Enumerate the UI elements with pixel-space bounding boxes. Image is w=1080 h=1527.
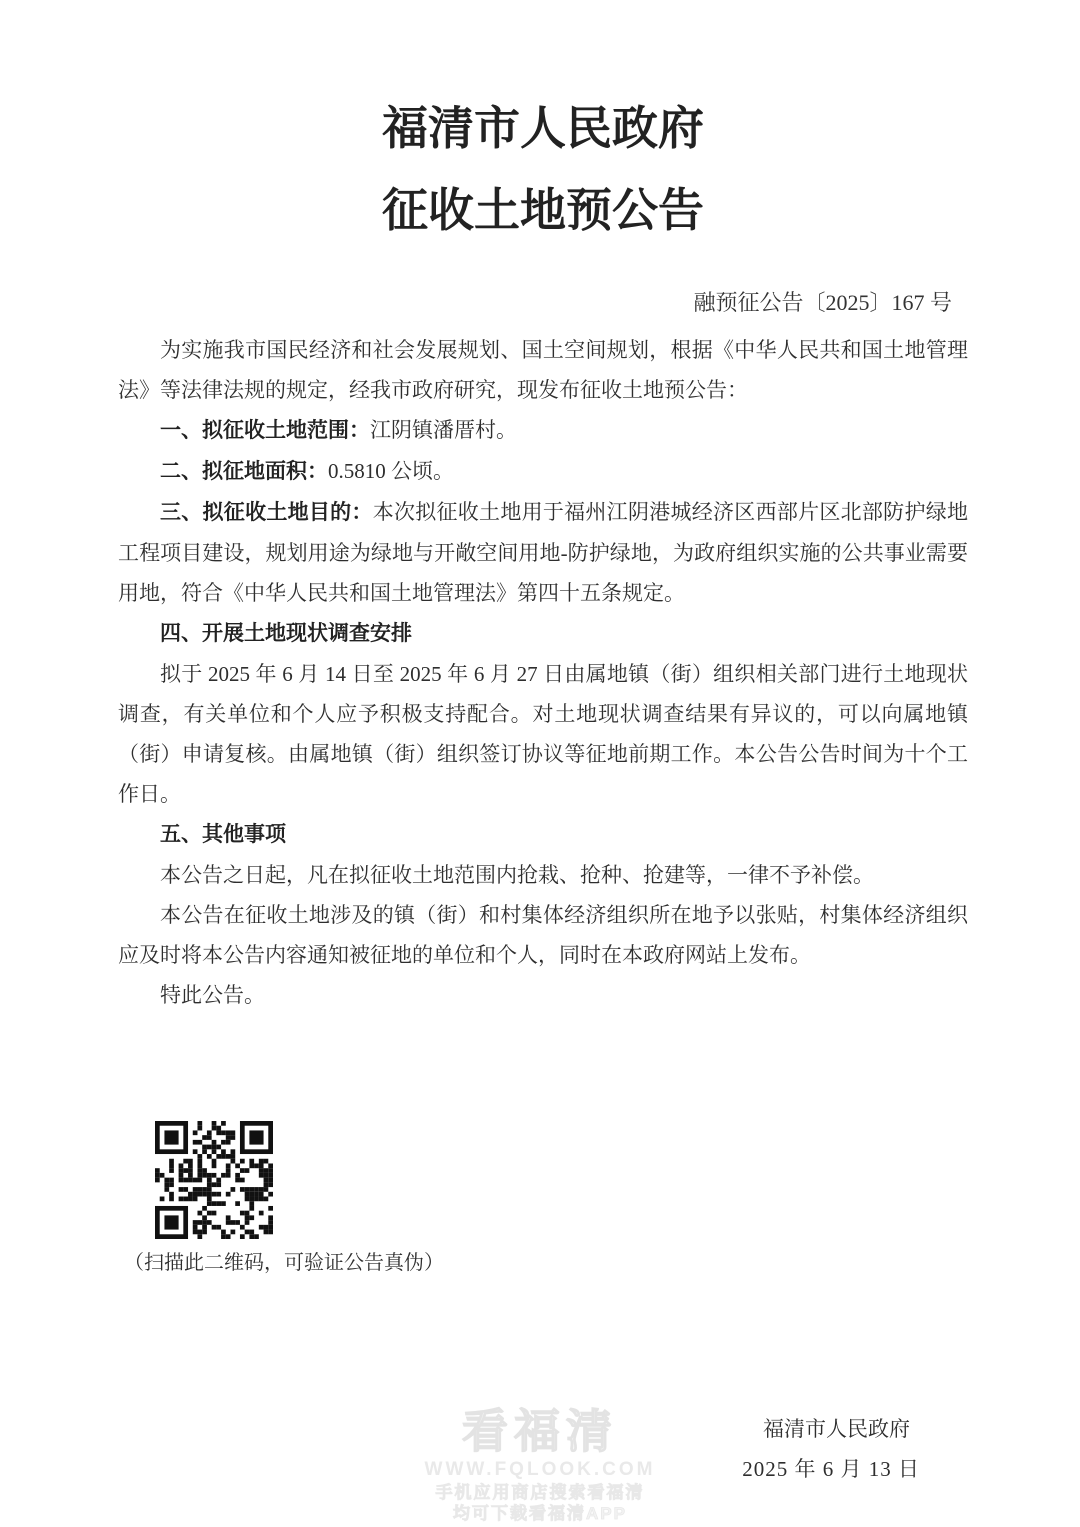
document-content: 福清市人民政府 征收土地预公告 融预征公告〔2025〕167 号 为实施我市国民… xyxy=(0,88,1080,1484)
section-heading: 二、拟征地面积： xyxy=(160,460,328,483)
document-title: 福清市人民政府 征收土地预公告 xyxy=(118,88,968,252)
section-heading: 三、拟征收土地目的： xyxy=(160,501,373,524)
title-line-2: 征收土地预公告 xyxy=(118,170,968,252)
qr-caption: （扫描此二维码，可验证公告真伪） xyxy=(124,1248,968,1278)
doc-number: 融预征公告〔2025〕167 号 xyxy=(118,288,968,318)
watermark-note-2: 均可下载看福清APP xyxy=(0,1503,1080,1524)
paragraph: 特此公告。 xyxy=(118,975,968,1015)
paragraph: 拟于 2025 年 6 月 14 日至 2025 年 6 月 27 日由属地镇（… xyxy=(118,654,968,814)
qr-code xyxy=(155,1121,273,1239)
paragraph: 三、拟征收土地目的：本次拟征收土地用于福州江阴港城经济区西部片区北部防护绿地工程… xyxy=(118,492,968,613)
paragraph: 本公告在征收土地涉及的镇（街）和村集体经济组织所在地予以张贴，村集体经济组织应及… xyxy=(118,895,968,975)
signature-block: 福清市人民政府 2025 年 6 月 13 日 xyxy=(118,1414,968,1484)
paragraph-text: 本公告之日起，凡在拟征收土地范围内抢栽、抢种、抢建等，一律不予补偿。 xyxy=(160,863,874,887)
paragraph-text: 拟于 2025 年 6 月 14 日至 2025 年 6 月 27 日由属地镇（… xyxy=(118,662,968,806)
paragraph-text: 特此公告。 xyxy=(160,983,265,1007)
watermark-note-1: 手机应用商店搜索看福清 xyxy=(0,1482,1080,1503)
qr-code-image xyxy=(155,1121,273,1239)
paragraph: 二、拟征地面积：0.5810 公顷。 xyxy=(118,451,968,492)
paragraph-text: 本公告在征收土地涉及的镇（街）和村集体经济组织所在地予以张贴，村集体经济组织应及… xyxy=(118,903,968,967)
section-heading: 五、其他事项 xyxy=(160,823,286,846)
signature-date: 2025 年 6 月 13 日 xyxy=(118,1454,968,1484)
paragraph-text: 为实施我市国民经济和社会发展规划、国土空间规划，根据《中华人民共和国土地管理法》… xyxy=(118,338,968,402)
section-heading: 四、开展土地现状调查安排 xyxy=(160,622,412,645)
document-body: 为实施我市国民经济和社会发展规划、国土空间规划，根据《中华人民共和国土地管理法》… xyxy=(118,330,968,1015)
paragraph: 四、开展土地现状调查安排 xyxy=(118,613,968,654)
paragraph-text: 0.5810 公顷。 xyxy=(328,459,454,483)
title-line-1: 福清市人民政府 xyxy=(118,88,968,170)
signature-issuer: 福清市人民政府 xyxy=(118,1414,968,1444)
paragraph: 五、其他事项 xyxy=(118,814,968,855)
section-heading: 一、拟征收土地范围： xyxy=(160,419,370,442)
paragraph: 一、拟征收土地范围：江阴镇潘厝村。 xyxy=(118,410,968,451)
paragraph-text: 江阴镇潘厝村。 xyxy=(370,418,517,442)
paragraph: 本公告之日起，凡在拟征收土地范围内抢栽、抢种、抢建等，一律不予补偿。 xyxy=(118,855,968,895)
announcement-page: 福清市人民政府 征收土地预公告 融预征公告〔2025〕167 号 为实施我市国民… xyxy=(0,0,1080,1527)
paragraph: 为实施我市国民经济和社会发展规划、国土空间规划，根据《中华人民共和国土地管理法》… xyxy=(118,330,968,410)
